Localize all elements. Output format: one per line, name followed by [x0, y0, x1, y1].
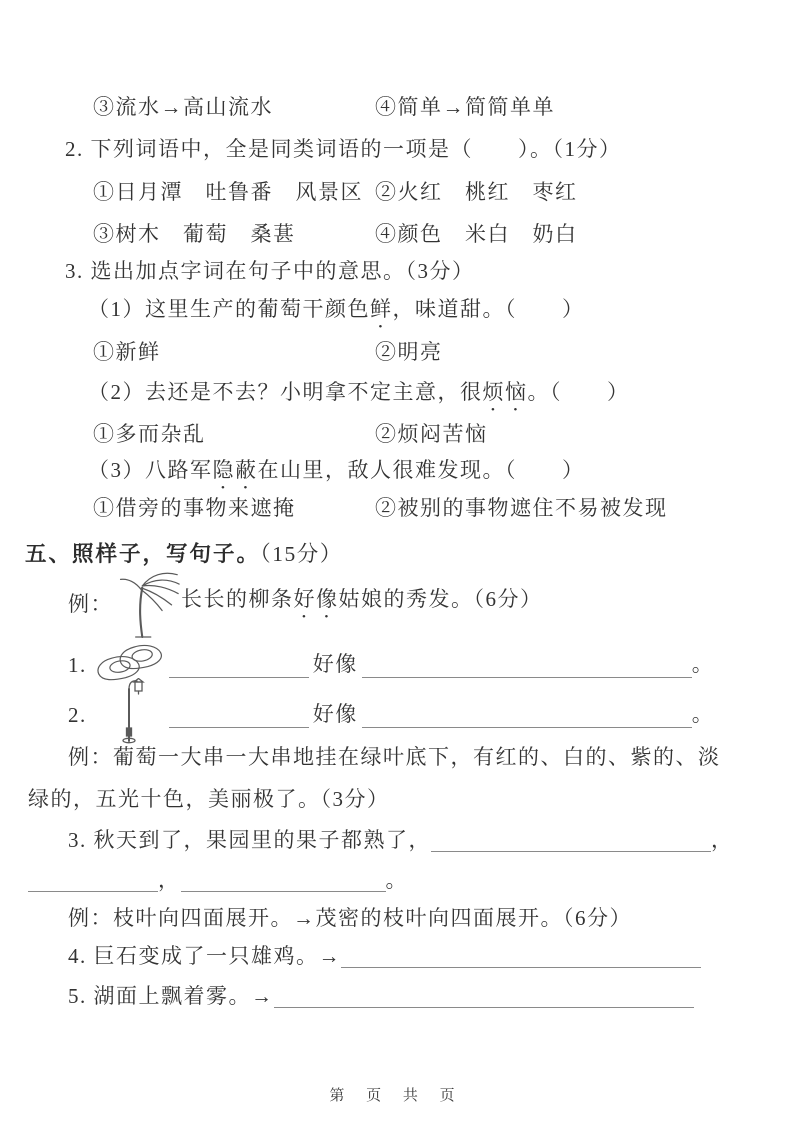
expand-example: 例：枝叶向四面展开。→茂密的枝叶向四面展开。（6分） [68, 904, 632, 932]
q2-option-2: ②火红 桃红 枣红 [375, 178, 578, 206]
q3-item-1-post: ，味道甜。（ ） [393, 297, 585, 321]
q3-item-2-post: 。（ ） [528, 380, 630, 404]
example-dotted-word: 好像 [294, 587, 339, 611]
example-label: 例： [68, 588, 113, 618]
q3-item-1-option-1: ①新鲜 [93, 338, 161, 366]
item5-sentence: 5. 湖面上飘着雾。→ [68, 982, 694, 1010]
item5-blank[interactable] [274, 985, 694, 1008]
q3-item-3-option-2: ②被别的事物遮住不易被发现 [375, 494, 668, 522]
item3-blank-1[interactable] [431, 829, 711, 852]
q2-option-4: ④颜色 米白 奶白 [375, 220, 578, 248]
q3-item-3-dotted-word: 隐蔽 [213, 458, 258, 482]
word-pattern-option-4: ④简单→简简单单 [375, 93, 555, 121]
item2-connector: 好像 [313, 698, 358, 728]
grapes-example-line2: 绿的，五光十色，美丽极了。（3分） [28, 785, 390, 813]
item3-period: 。 [386, 868, 409, 892]
q3-item-2-option-2: ②烦闷苦恼 [375, 420, 488, 448]
item3-blank-3[interactable] [181, 869, 386, 892]
q3-item-1-sentence: （1）这里生产的葡萄干颜色鲜，味道甜。（ ） [88, 295, 585, 333]
q3-item-3-pre: （3）八路军 [88, 458, 213, 482]
q3-item-3-option-1: ①借旁的事物来遮掩 [93, 494, 296, 522]
q3-stem: 3. 选出加点字词在句子中的意思。（3分） [65, 257, 475, 285]
fill-item-2: 2. 好像 。 [68, 672, 714, 728]
street-lamp-icon [95, 678, 169, 744]
item2-blank-1[interactable] [169, 705, 309, 728]
item3-comma-1: ， [711, 828, 734, 852]
item4-sentence: 4. 巨石变成了一只雄鸡。→ [68, 942, 701, 970]
grapes-example-line1: 例：葡萄一大串一大串地挂在绿叶底下，有红的、白的、紫的、淡 [68, 743, 721, 771]
item4-blank[interactable] [341, 945, 701, 968]
fill-item-1: 1. 好像 。 [68, 622, 714, 678]
example-pre: 长长的柳条 [181, 587, 294, 611]
item2-blank-2[interactable] [362, 705, 692, 728]
q3-item-1-dotted-word: 鲜 [370, 297, 393, 321]
q3-item-2-option-1: ①多而杂乱 [93, 420, 206, 448]
q3-item-2-pre: （2）去还是不去？小明拿不定主意，很 [88, 380, 483, 404]
q2-option-3: ③树木 葡萄 桑葚 [93, 220, 296, 248]
section5-score: （15分） [260, 542, 343, 566]
item3-continuation: ，。 [28, 866, 408, 894]
item3-sentence: 3. 秋天到了，果园里的果子都熟了，， [68, 826, 734, 854]
example-sentence: 长长的柳条好像姑娘的秀发。（6分） [181, 583, 543, 623]
worksheet-page: ③流水→高山流水 ④简单→简简单单 2. 下列词语中，全是同类词语的一项是（ ）… [0, 0, 793, 1122]
item3-stem: 3. 秋天到了，果园里的果子都熟了， [68, 828, 431, 852]
item2-period: 。 [692, 698, 715, 728]
q3-item-3-sentence: （3）八路军隐蔽在山里，敌人很难发现。（ ） [88, 456, 585, 494]
item3-comma-2: ， [158, 868, 181, 892]
item2-number: 2. [68, 703, 87, 728]
q3-item-1-option-2: ②明亮 [375, 338, 443, 366]
q2-option-1: ①日月潭 吐鲁番 风景区 [93, 178, 363, 206]
q3-item-3-post: 在山里，敌人很难发现。（ ） [258, 458, 585, 482]
q3-item-2-dotted-word: 烦恼 [483, 380, 528, 404]
section5-title: 五、照样子，写句子。 [25, 542, 260, 566]
item5-stem: 5. 湖面上飘着雾。→ [68, 984, 274, 1008]
item4-stem: 4. 巨石变成了一只雄鸡。→ [68, 944, 341, 968]
q3-item-2-sentence: （2）去还是不去？小明拿不定主意，很烦恼。（ ） [88, 378, 630, 416]
word-pattern-option-3: ③流水→高山流水 [93, 93, 273, 121]
q2-stem: 2. 下列词语中，全是同类词语的一项是（ ）。（1分） [65, 135, 622, 163]
item3-blank-2[interactable] [28, 869, 158, 892]
section5-header: 五、照样子，写句子。（15分） [25, 540, 343, 568]
q3-item-1-pre: （1）这里生产的葡萄干颜色 [88, 297, 370, 321]
example-post: 姑娘的秀发。（6分） [339, 587, 543, 611]
page-footer: 第 页 共 页 [0, 1084, 793, 1105]
